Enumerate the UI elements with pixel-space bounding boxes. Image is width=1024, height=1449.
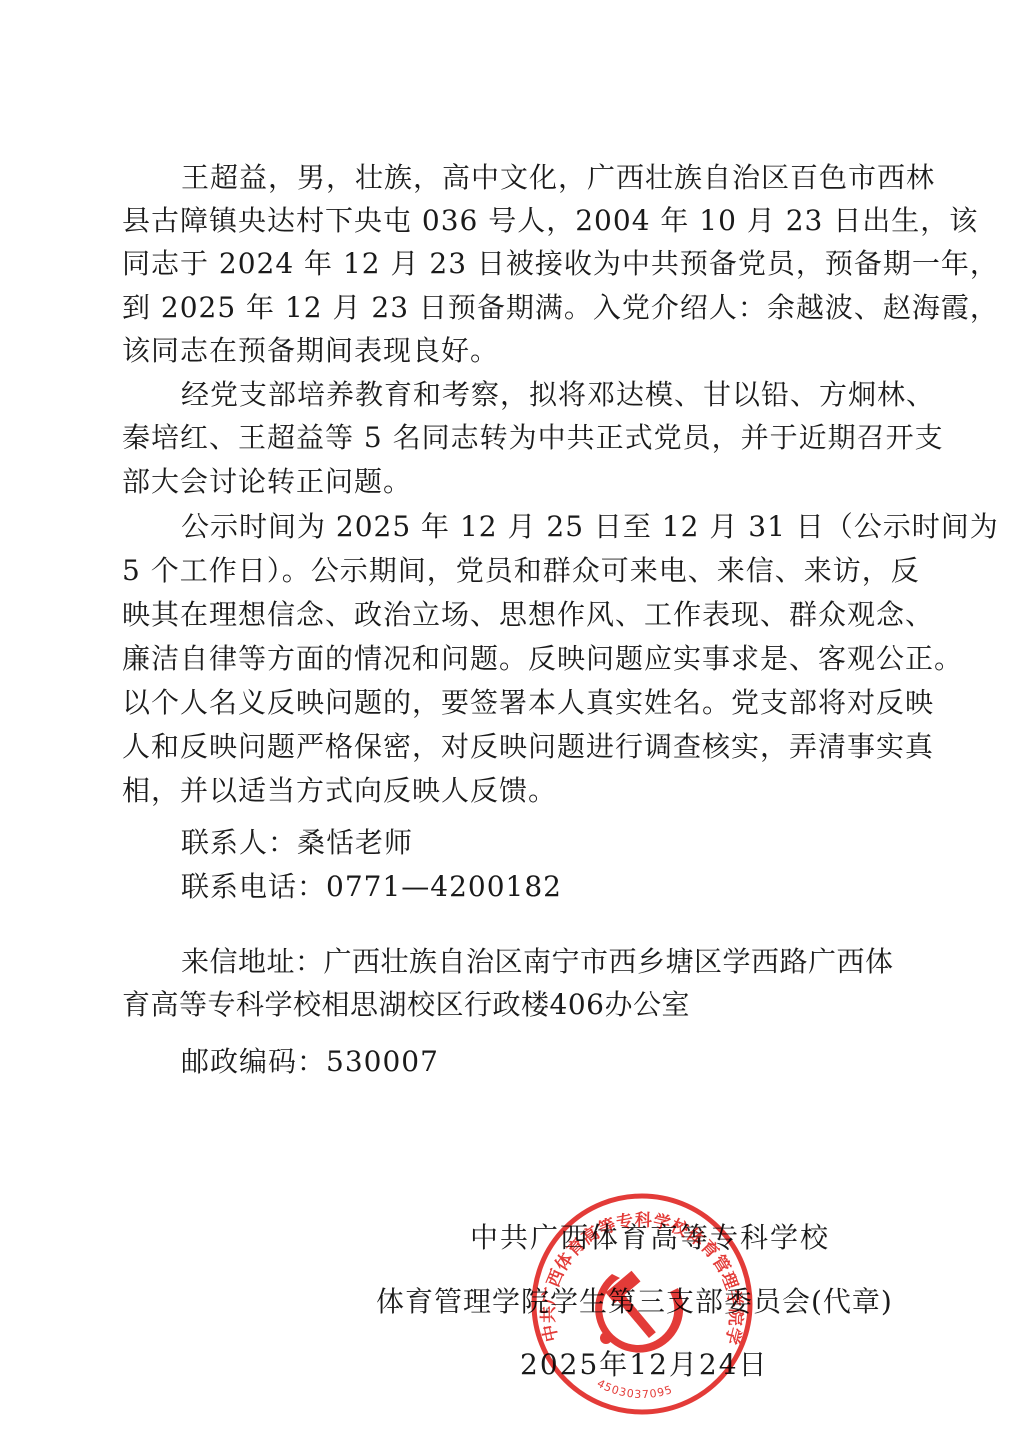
paragraph-line: 县古障镇央达村下央屯 036 号人，2004 年 10 月 23 日出生，该 bbox=[122, 201, 912, 241]
paragraph-line: 该同志在预备期间表现良好。 bbox=[122, 331, 499, 371]
paragraph-line: 5 个工作日）。公示期间，党员和群众可来电、来信、来访，反 bbox=[122, 551, 912, 591]
paragraph-line: 以个人名义反映问题的，要签署本人真实姓名。党支部将对反映 bbox=[122, 683, 912, 723]
official-seal: 中共广西体育高等专科学校体育管理学院学生第三支部委员会 4503037095 bbox=[528, 1190, 756, 1418]
document-page: 王超益，男，壮族，高中文化，广西壮族自治区百色市西林 县古障镇央达村下央屯 03… bbox=[0, 0, 1024, 1449]
contact-person: 联系人：桑恬老师 bbox=[181, 823, 413, 863]
paragraph-line: 公示时间为 2025 年 12 月 25 日至 12 月 31 日（公示时间为 bbox=[181, 507, 912, 547]
contact-postcode: 邮政编码：530007 bbox=[181, 1042, 439, 1082]
paragraph-line: 映其在理想信念、政治立场、思想作风、工作表现、群众观念、 bbox=[122, 595, 912, 635]
paragraph-line: 廉洁自律等方面的情况和问题。反映问题应实事求是、客观公正。 bbox=[122, 639, 912, 679]
paragraph-line: 同志于 2024 年 12 月 23 日被接收为中共预备党员，预备期一年， bbox=[122, 244, 912, 284]
contact-address-line1: 来信地址：广西壮族自治区南宁市西乡塘区学西路广西体 bbox=[181, 942, 894, 982]
paragraph-line: 人和反映问题严格保密，对反映问题进行调查核实，弄清事实真 bbox=[122, 727, 912, 767]
paragraph-line: 相，并以适当方式向反映人反馈。 bbox=[122, 771, 557, 811]
paragraph-line: 秦培红、王超益等 5 名同志转为中共正式党员，并于近期召开支 bbox=[122, 418, 912, 458]
paragraph-line: 经党支部培养教育和考察，拟将邓达模、甘以铅、方炯林、 bbox=[181, 375, 912, 415]
contact-phone: 联系电话：0771—4200182 bbox=[181, 867, 562, 907]
paragraph-line: 王超益，男，壮族，高中文化，广西壮族自治区百色市西林 bbox=[181, 158, 912, 198]
svg-text:4503037095: 4503037095 bbox=[595, 1377, 675, 1401]
paragraph-line: 部大会讨论转正问题。 bbox=[122, 462, 412, 502]
party-seal-icon: 中共广西体育高等专科学校体育管理学院学生第三支部委员会 4503037095 bbox=[528, 1190, 756, 1418]
contact-address-line2: 育高等专科学校相思湖校区行政楼406办公室 bbox=[122, 985, 690, 1025]
paragraph-line: 到 2025 年 12 月 23 日预备期满。入党介绍人：余越波、赵海霞， bbox=[122, 288, 912, 328]
